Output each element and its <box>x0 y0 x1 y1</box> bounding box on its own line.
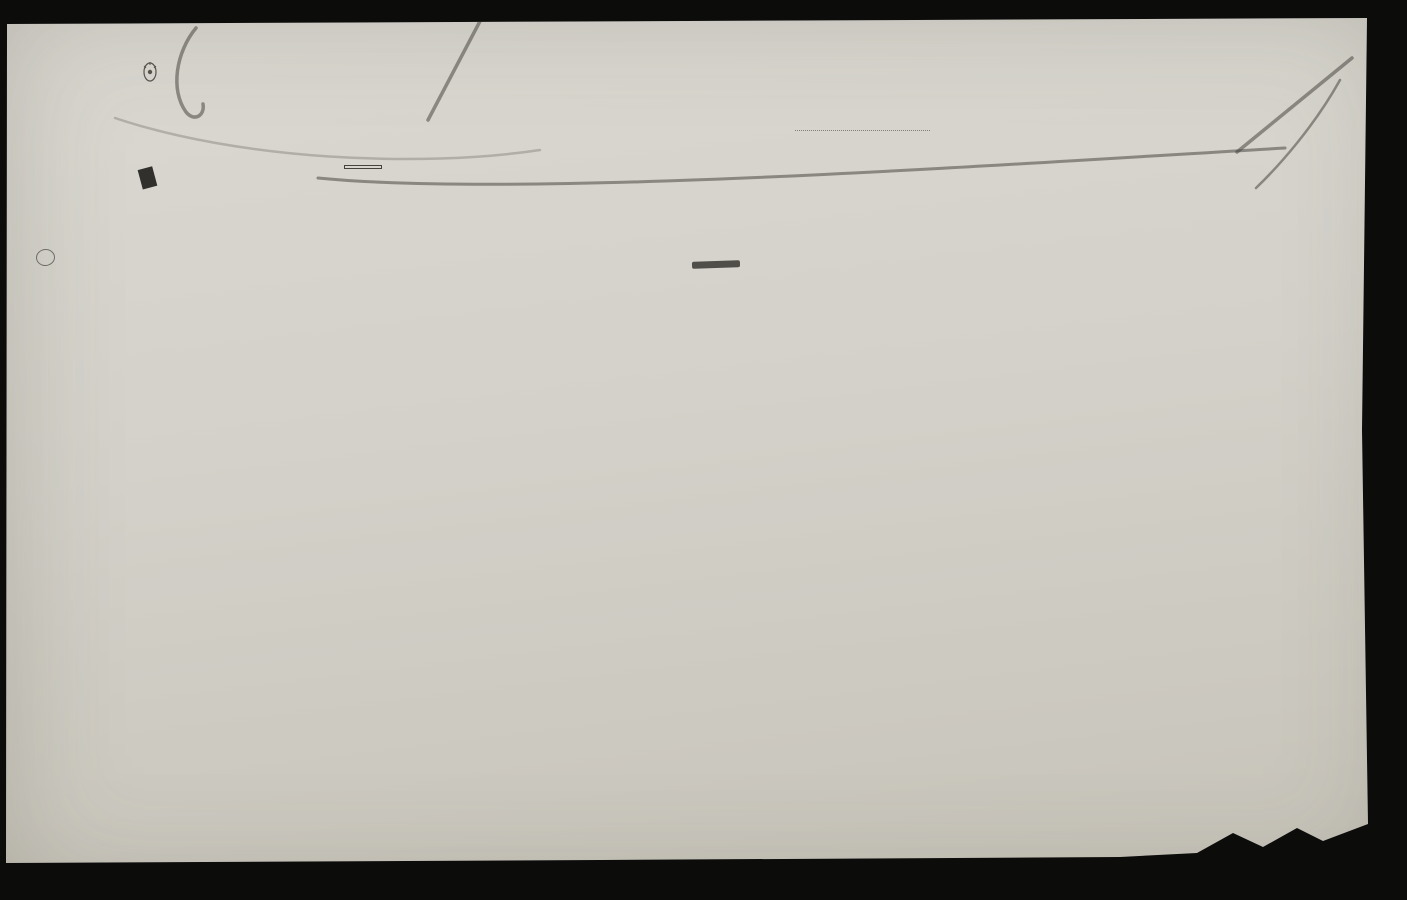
col6-label <box>389 195 401 250</box>
row1-salud-struck-blob <box>692 260 740 269</box>
scanned-passenger-list-page <box>0 0 1407 900</box>
col18-label <box>1332 188 1358 243</box>
coat-of-arms-icon <box>142 62 158 89</box>
col8a-label <box>506 195 518 245</box>
col5a-label <box>346 200 358 245</box>
col4-label <box>328 200 340 245</box>
col16-label <box>1199 170 1220 252</box>
col13b-label <box>989 205 1009 250</box>
pen-flourishes <box>0 0 1407 900</box>
row1-number-circled <box>35 248 56 267</box>
col5b-label <box>365 200 377 245</box>
paper-sheet <box>0 0 1407 900</box>
edad-group-label <box>344 165 382 169</box>
col13c-label <box>1011 205 1033 250</box>
ink-blot <box>138 166 158 189</box>
signature-line <box>795 130 930 131</box>
col13a-label <box>966 205 987 250</box>
col1-label <box>30 185 58 240</box>
col8b-label <box>530 195 542 245</box>
